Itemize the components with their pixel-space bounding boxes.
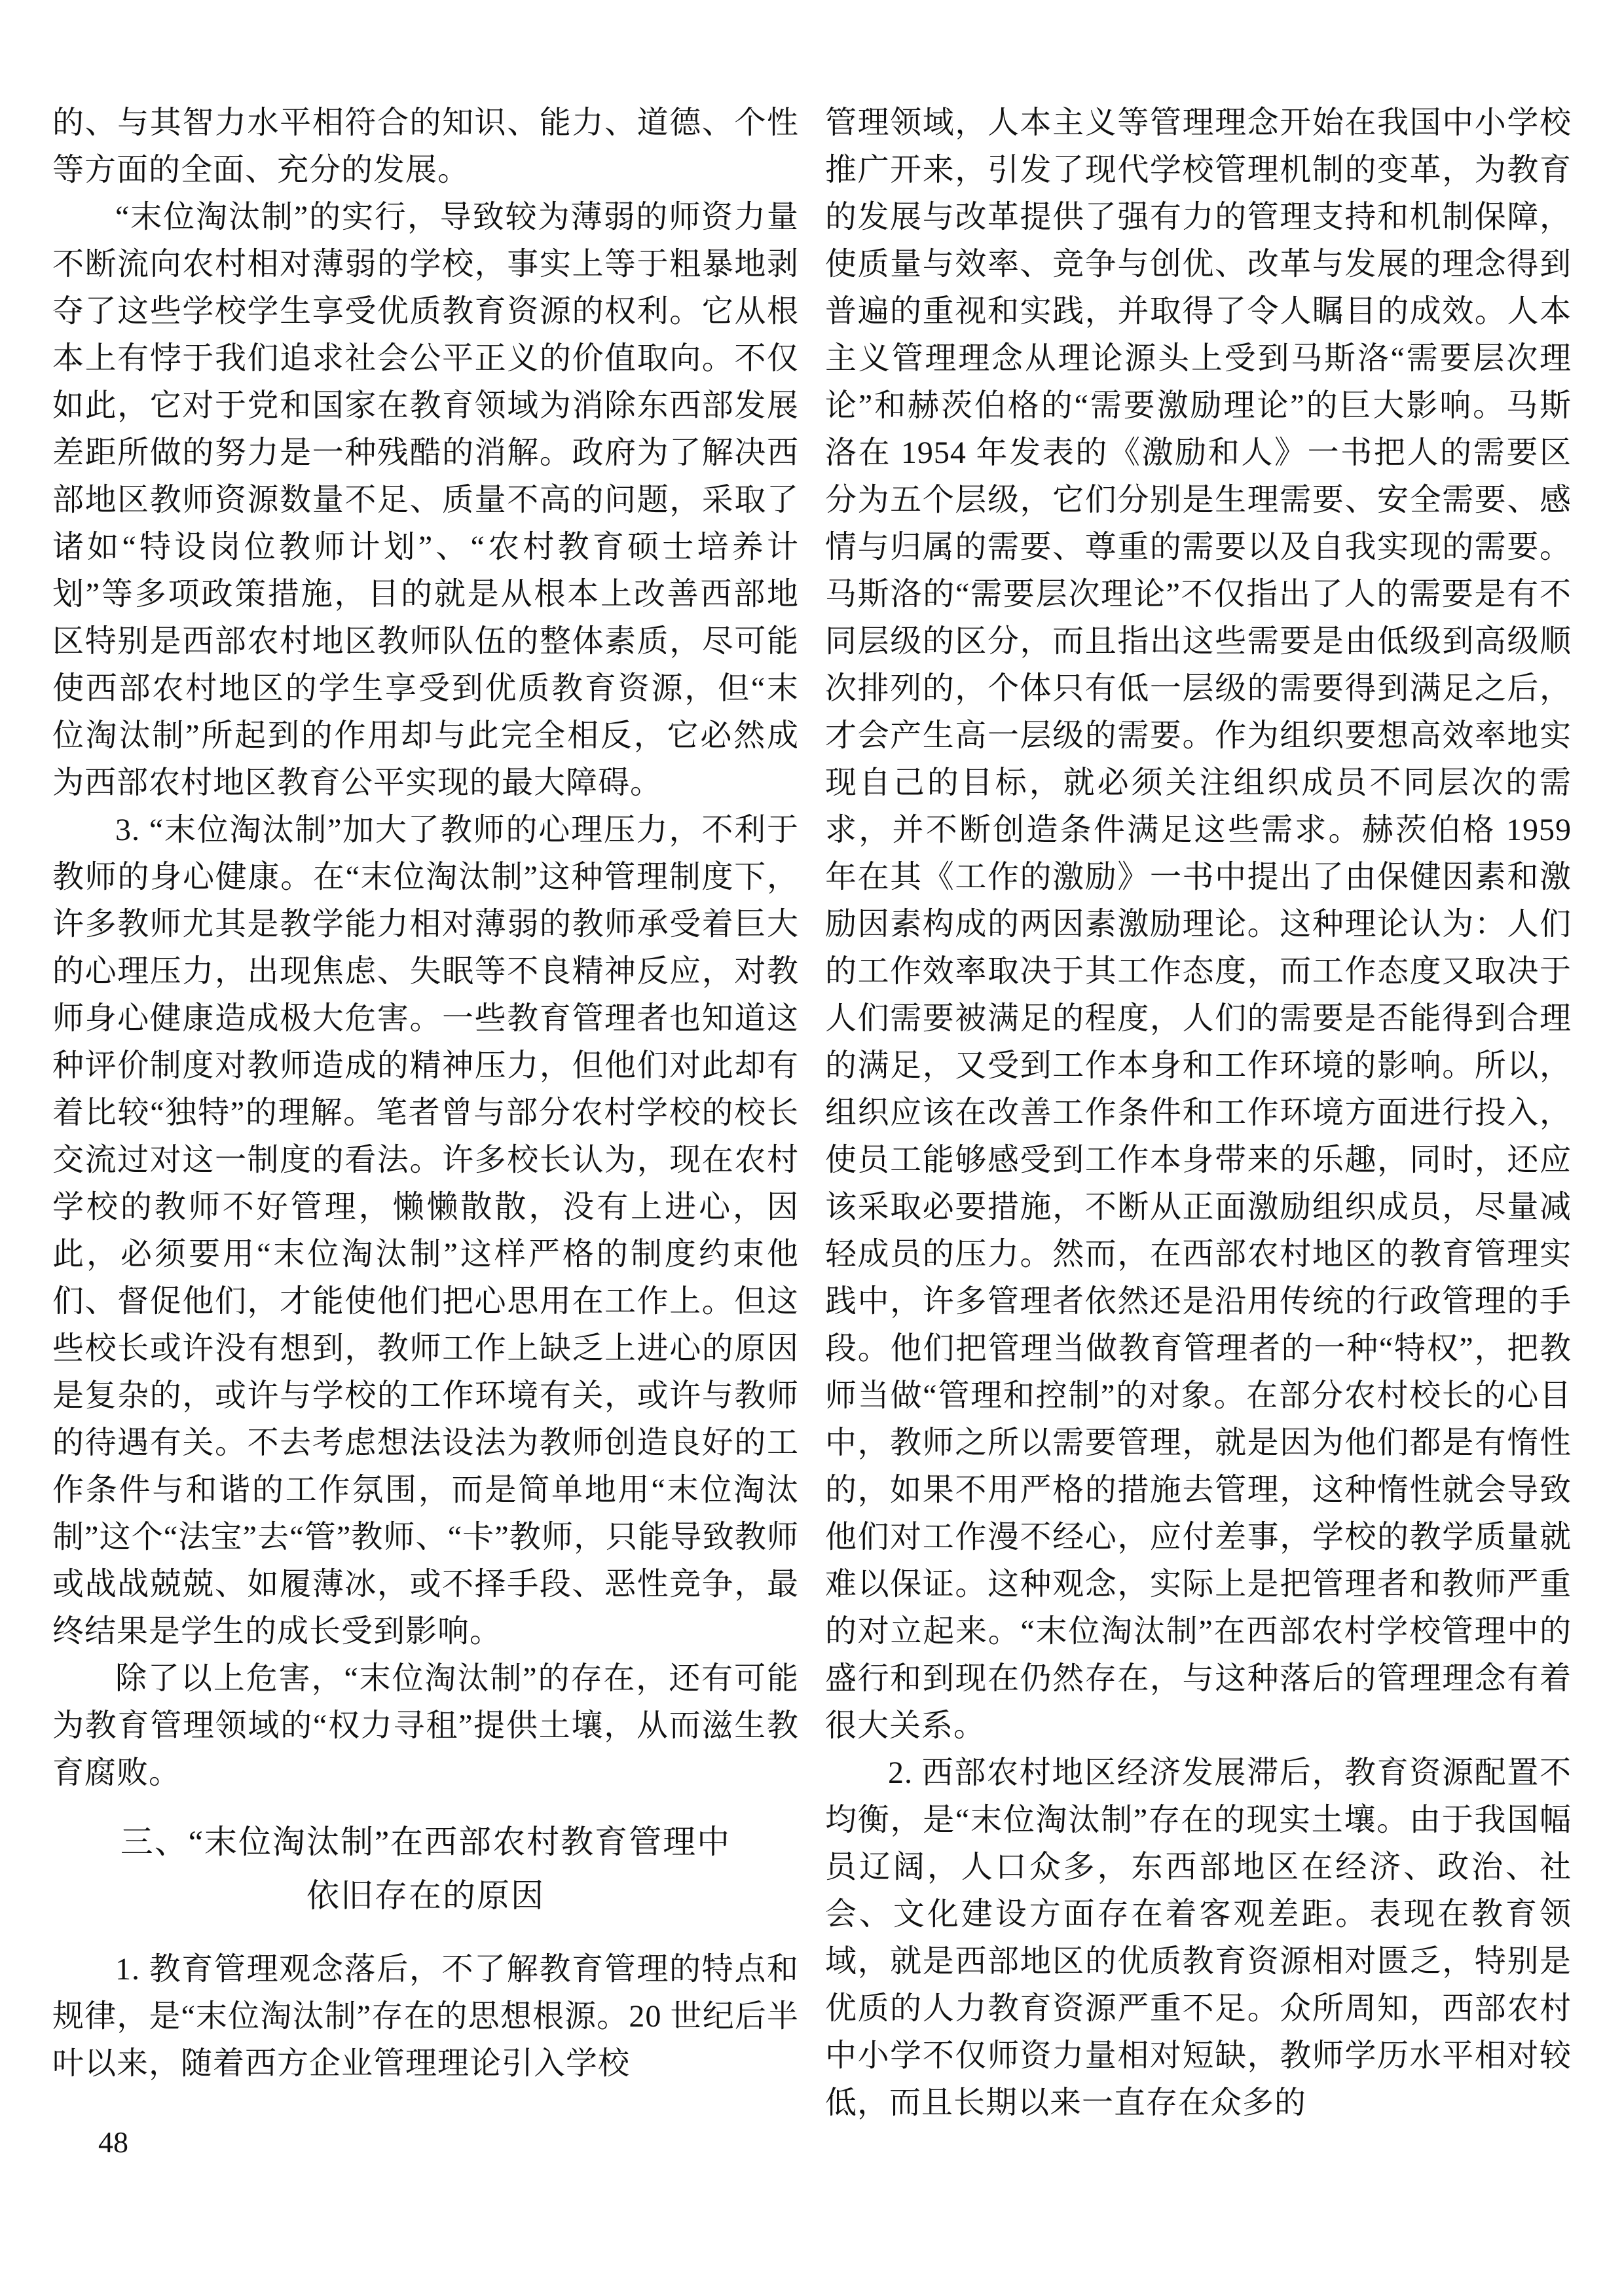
paragraph: 3. “末位淘汰制”加大了教师的心理压力，不利于教师的身心健康。在“末位淘汰制”… [52, 807, 799, 1655]
paragraph: 的、与其智力水平相符合的知识、能力、道德、个性等方面的全面、充分的发展。 [52, 100, 799, 194]
paragraph: 2. 西部农村地区经济发展滞后，教育资源配置不均衡，是“末位淘汰制”存在的现实土… [825, 1750, 1572, 2127]
paragraph: 除了以上危害，“末位淘汰制”的存在，还有可能为教育管理领域的“权力寻租”提供土壤… [52, 1655, 799, 1797]
section-heading-line: 三、“末位淘汰制”在西部农村教育管理中 [52, 1815, 799, 1869]
left-column: 的、与其智力水平相符合的知识、能力、道德、个性等方面的全面、充分的发展。“末位淘… [52, 100, 799, 2127]
document-page: 的、与其智力水平相符合的知识、能力、道德、个性等方面的全面、充分的发展。“末位淘… [0, 0, 1624, 2295]
paragraph: 管理领域，人本主义等管理理念开始在我国中小学校推广开来，引发了现代学校管理机制的… [825, 100, 1572, 1750]
two-column-text-area: 的、与其智力水平相符合的知识、能力、道德、个性等方面的全面、充分的发展。“末位淘… [52, 100, 1572, 2127]
paragraph: “末位淘汰制”的实行，导致较为薄弱的师资力量不断流向农村相对薄弱的学校，事实上等… [52, 194, 799, 807]
section-heading-line: 依旧存在的原因 [52, 1869, 799, 1922]
section-heading: 三、“末位淘汰制”在西部农村教育管理中依旧存在的原因 [52, 1815, 799, 1922]
paragraph: 1. 教育管理观念落后，不了解教育管理的特点和规律，是“末位淘汰制”存在的思想根… [52, 1946, 799, 2087]
right-column: 管理领域，人本主义等管理理念开始在我国中小学校推广开来，引发了现代学校管理机制的… [825, 100, 1572, 2127]
page-number: 48 [98, 2125, 128, 2159]
